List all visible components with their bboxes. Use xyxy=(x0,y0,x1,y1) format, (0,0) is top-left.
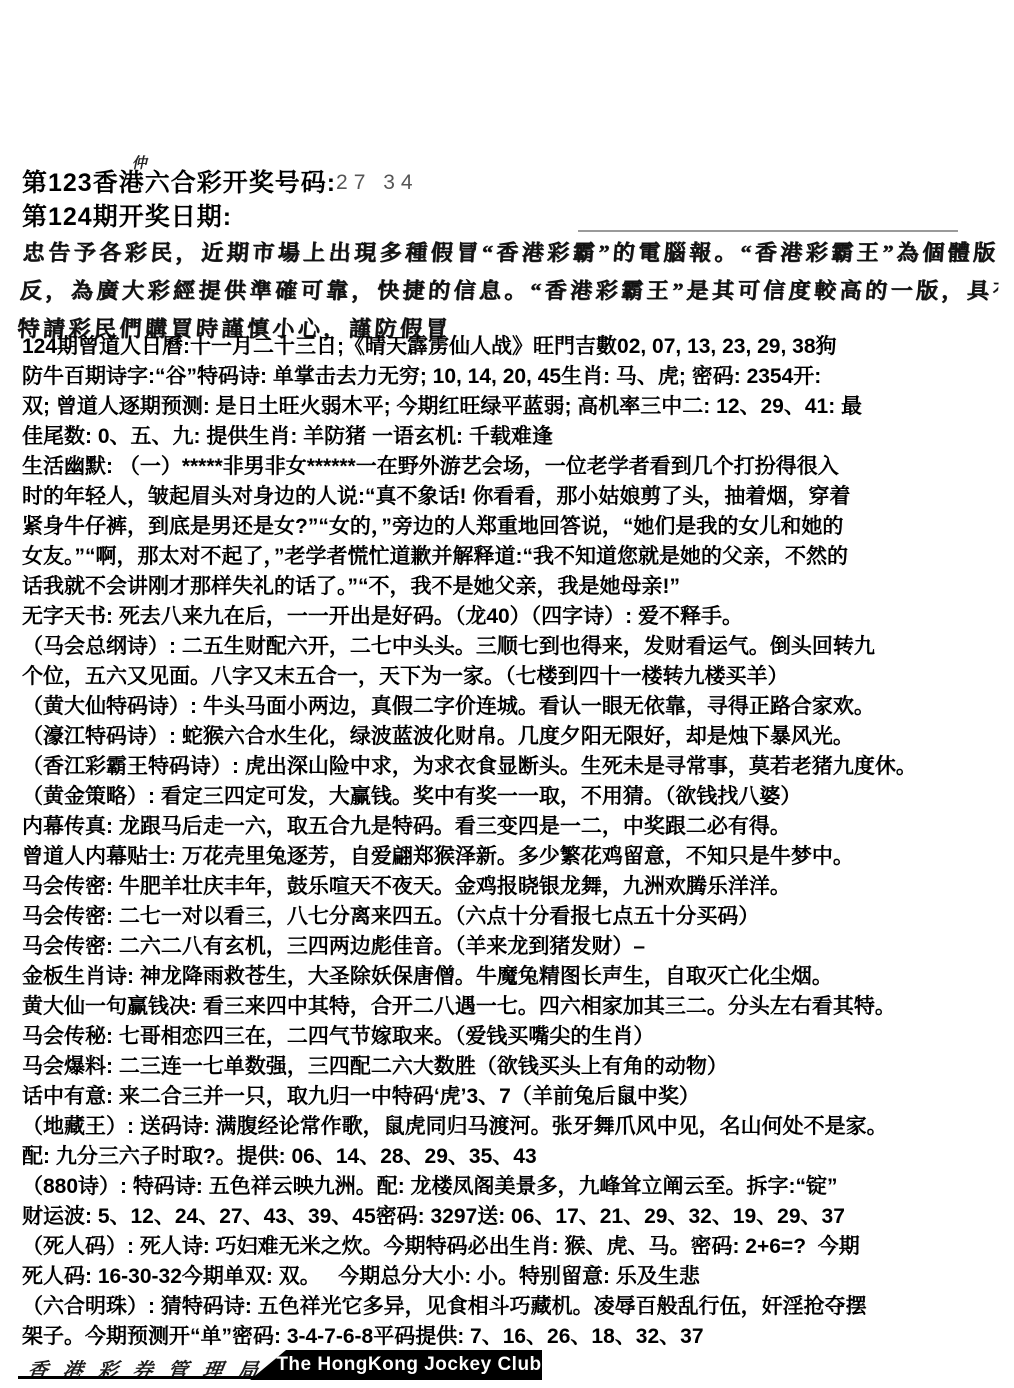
text-line: 配: 九分三六子时取?。提供: 06、14、28、29、35、43 xyxy=(22,1142,1002,1172)
text-line: 无字天书: 死去八来九在后，一一开出是好码。（龙40）（四字诗）: 爱不释手。 xyxy=(22,602,1002,632)
text-line: 时的年轻人，皱起眉头对身边的人说:“真不象话! 你看看，那小姑娘剪了头，抽着烟，… xyxy=(22,482,1002,512)
text-line: 个位，五六又见面。八字又末五合一，天下为一家。（七楼到四十一楼转九楼买羊） xyxy=(22,662,1002,692)
text-line: 马会传秘: 七哥相恋四三在，二四气节嫁取来。（爱钱买嘴尖的生肖） xyxy=(22,1022,1002,1052)
draw-result-label: 第123香港六合彩开奖号码: xyxy=(22,169,336,197)
text-line: 话我就不会讲刚才那样失礼的话了。”“不，我不是她父亲，我是她母亲!” xyxy=(22,572,1002,602)
text-line: （马会总纲诗）: 二五生财配六开，二七中头头。三顺七到也得来，发财看运气。倒头回… xyxy=(22,632,1002,662)
jockey-club-banner-text: The HongKong Jockey Club xyxy=(250,1354,541,1376)
scan-artifact-line xyxy=(578,230,958,232)
text-line: 黄大仙一句赢钱决: 看三来四中其特，合开二八遇一七。四六相家加其三二。分头左右看… xyxy=(22,992,1002,1022)
text-line: 124期曾道人日曆:十一月二十三日;《晴天霹雳仙人战》旺門吉數02, 07, 1… xyxy=(22,332,1002,362)
footer-underline xyxy=(18,1376,280,1379)
draw-result-heading: 第123香港六合彩开奖号码:27 34 xyxy=(22,163,419,199)
text-line: （黄金策略）: 看定三四定可发，大赢钱。奖中有奖一一取，不用猜。（欲钱找八婆） xyxy=(22,782,1002,812)
text-line: 女友。”“啊，那太对不起了，”老学者慌忙道歉并解释道:“我不知道您就是她的父亲，… xyxy=(22,542,1002,572)
text-line: 马会传密: 二七一对以看三，八七分离来四五。（六点十分看报七点五十分买码） xyxy=(22,902,1002,932)
footer: 香港彩券管理局 The HongKong Jockey Club xyxy=(0,1346,1014,1386)
text-line: 反，為廣大彩經提供準確可靠，快捷的信息。“香港彩霸王”是其可信度較高的一版，具有 xyxy=(19,272,1000,310)
jockey-club-banner: The HongKong Jockey Club xyxy=(250,1350,542,1380)
text-line: （880诗）: 特码诗: 五色祥云映九洲。配: 龙楼凤阁美景多，九峰耸立阐云至。… xyxy=(22,1172,1002,1202)
text-line: 死人码: 16-30-32今期单双: 双。 今期总分大小: 小。特别留意: 乐及… xyxy=(22,1262,1002,1292)
next-draw-date-heading: 第124期开奖日期: xyxy=(22,197,232,233)
text-line: 防牛百期诗字:“谷”特码诗: 单掌击去力无穷; 10, 14, 20, 45生肖… xyxy=(22,362,1002,392)
text-line: 忠告予各彩民，近期市場上出現多種假冒“香港彩霸”的電腦報。“香港彩霸王”為個體版 xyxy=(21,234,1002,272)
text-line: 佳尾数: 0、五、九: 提供生肖: 羊防猪 一语玄机: 千载难逢 xyxy=(22,422,1002,452)
text-line: 内幕传真: 龙跟马后走一六，取五合九是特码。看三变四是一二，中奖跟二必有得。 xyxy=(22,812,1002,842)
text-line: （六合明珠）: 猜特码诗: 五色祥光它多异，见食相斗巧藏机。凌辱百般乱行伍，奸淫… xyxy=(22,1292,1002,1322)
text-line: 马会传密: 牛肥羊壮庆丰年，鼓乐喧天不夜天。金鸡报晓银龙舞，九洲欢腾乐洋洋。 xyxy=(22,872,1002,902)
draw-result-numbers: 27 34 xyxy=(336,171,419,194)
text-line: （死人码）: 死人诗: 巧妇难无米之炊。今期特码必出生肖: 猴、虎、马。密码: … xyxy=(22,1232,1002,1262)
text-line: 双; 曾道人逐期预测: 是日土旺火弱木平; 今期红旺绿平蓝弱; 高机率三中二: … xyxy=(22,392,1002,422)
text-line: （地藏王）: 送码诗: 满腹经论常作歌，鼠虎同归马渡河。张牙舞爪风中见，名山何处… xyxy=(22,1112,1002,1142)
text-line: 曾道人内幕贴士: 万花壳里兔逐芳，自爱翩郑猴泽新。多少繁花鸡留意，不知只是牛梦中… xyxy=(22,842,1002,872)
text-line: 生活幽默: （一）*****非男非女******一在野外游艺会场，一位老学者看到… xyxy=(22,452,1002,482)
anti-counterfeit-notice: 忠告予各彩民，近期市場上出現多種假冒“香港彩霸”的電腦報。“香港彩霸王”為個體版… xyxy=(16,234,1002,348)
scanned-lottery-sheet: 仲 第123香港六合彩开奖号码:27 34 第124期开奖日期: 忠告予各彩民，… xyxy=(0,0,1014,1388)
text-line: 马会爆料: 二三连一七单数强，三四配二六大数胜（欲钱买头上有角的动物） xyxy=(22,1052,1002,1082)
tip-sheet-body: 124期曾道人日曆:十一月二十三日;《晴天霹雳仙人战》旺門吉數02, 07, 1… xyxy=(22,332,1002,1352)
text-line: 紧身牛仔裤，到底是男还是女?”“女的，”旁边的人郑重地回答说，“她们是我的女儿和… xyxy=(22,512,1002,542)
text-line: 马会传密: 二六二八有玄机，三四两边彪佳音。（羊来龙到猪发财）– xyxy=(22,932,1002,962)
text-line: （濠江特码诗）: 蛇猴六合水生化，绿波蓝波化财帛。几度夕阳无限好，却是烛下暴风光… xyxy=(22,722,1002,752)
text-line: 金板生肖诗: 神龙降雨救苍生，大圣除妖保唐僧。牛魔兔精图长声生，自取灭亡化尘烟。 xyxy=(22,962,1002,992)
text-line: （黄大仙特码诗）: 牛头马面小两边，真假二字价连城。看认一眼无依靠，寻得正路合家… xyxy=(22,692,1002,722)
text-line: 财运波: 5、12、24、27、43、39、45密码: 3297送: 06、17… xyxy=(22,1202,1002,1232)
text-line: （香江彩霸王特码诗）: 虎出深山险中求，为求衣食显断头。生死未是寻常事，莫若老猪… xyxy=(22,752,1002,782)
text-line: 话中有意: 来二合三并一只，取九归一中特码‘虎’3、7（羊前兔后鼠中奖） xyxy=(22,1082,1002,1112)
